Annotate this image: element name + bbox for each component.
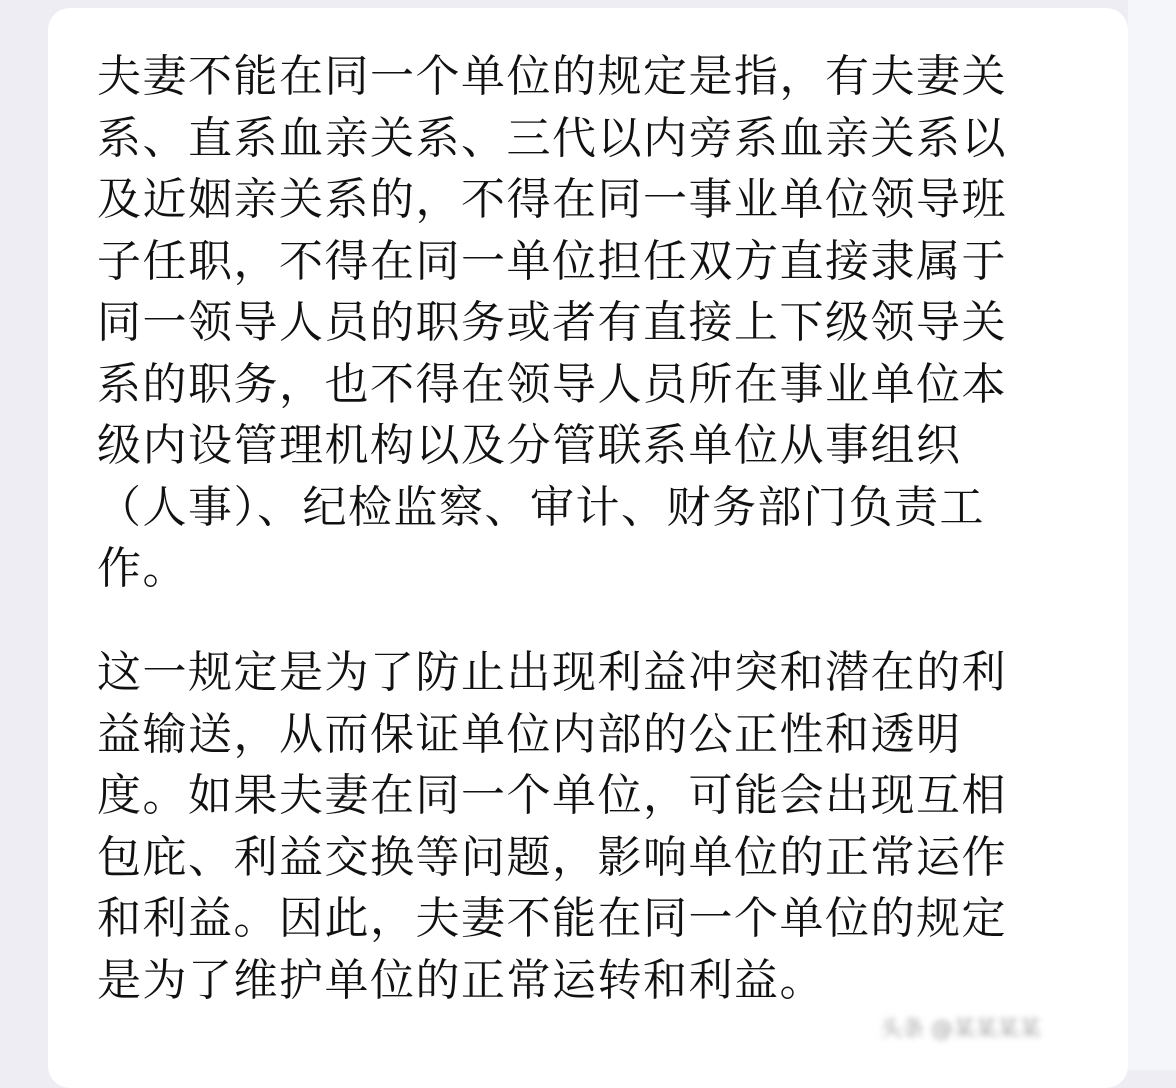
text-line: 子任职，不得在同一单位担任双方直接隶属于	[97, 231, 1067, 293]
text-line: 同一领导人员的职务或者有直接上下级领导关	[97, 292, 1067, 354]
text-line: 及近姻亲关系的，不得在同一事业单位领导班	[97, 169, 1067, 231]
text-line: 是为了维护单位的正常运转和利益。	[97, 950, 1067, 1012]
text-line: 益输送，从而保证单位内部的公正性和透明	[97, 704, 1067, 766]
watermark: 头条 @某某某某	[880, 1012, 1041, 1043]
text-line: 级内设管理机构以及分管联系单位从事组织	[97, 415, 1067, 477]
text-line: 这一规定是为了防止出现利益冲突和潜在的利	[97, 642, 1067, 704]
text-line: （人事）、纪检监察、审计、财务部门负责工	[97, 477, 1067, 539]
paragraph-2: 这一规定是为了防止出现利益冲突和潜在的利 益输送，从而保证单位内部的公正性和透明…	[97, 642, 1067, 1011]
text-line: 包庇、利益交换等问题，影响单位的正常运作	[97, 827, 1067, 889]
text-line: 度。如果夫妻在同一个单位，可能会出现互相	[97, 765, 1067, 827]
text-line: 系、直系血亲关系、三代以内旁系血亲关系以	[97, 108, 1067, 170]
paragraph-1: 夫妻不能在同一个单位的规定是指，有夫妻关 系、直系血亲关系、三代以内旁系血亲关系…	[97, 46, 1067, 600]
background-strip	[1128, 0, 1176, 1070]
text-line: 系的职务，也不得在领导人员所在事业单位本	[97, 354, 1067, 416]
text-line: 和利益。因此，夫妻不能在同一个单位的规定	[97, 888, 1067, 950]
text-line: 作。	[97, 538, 1067, 600]
text-line: 夫妻不能在同一个单位的规定是指，有夫妻关	[97, 46, 1067, 108]
